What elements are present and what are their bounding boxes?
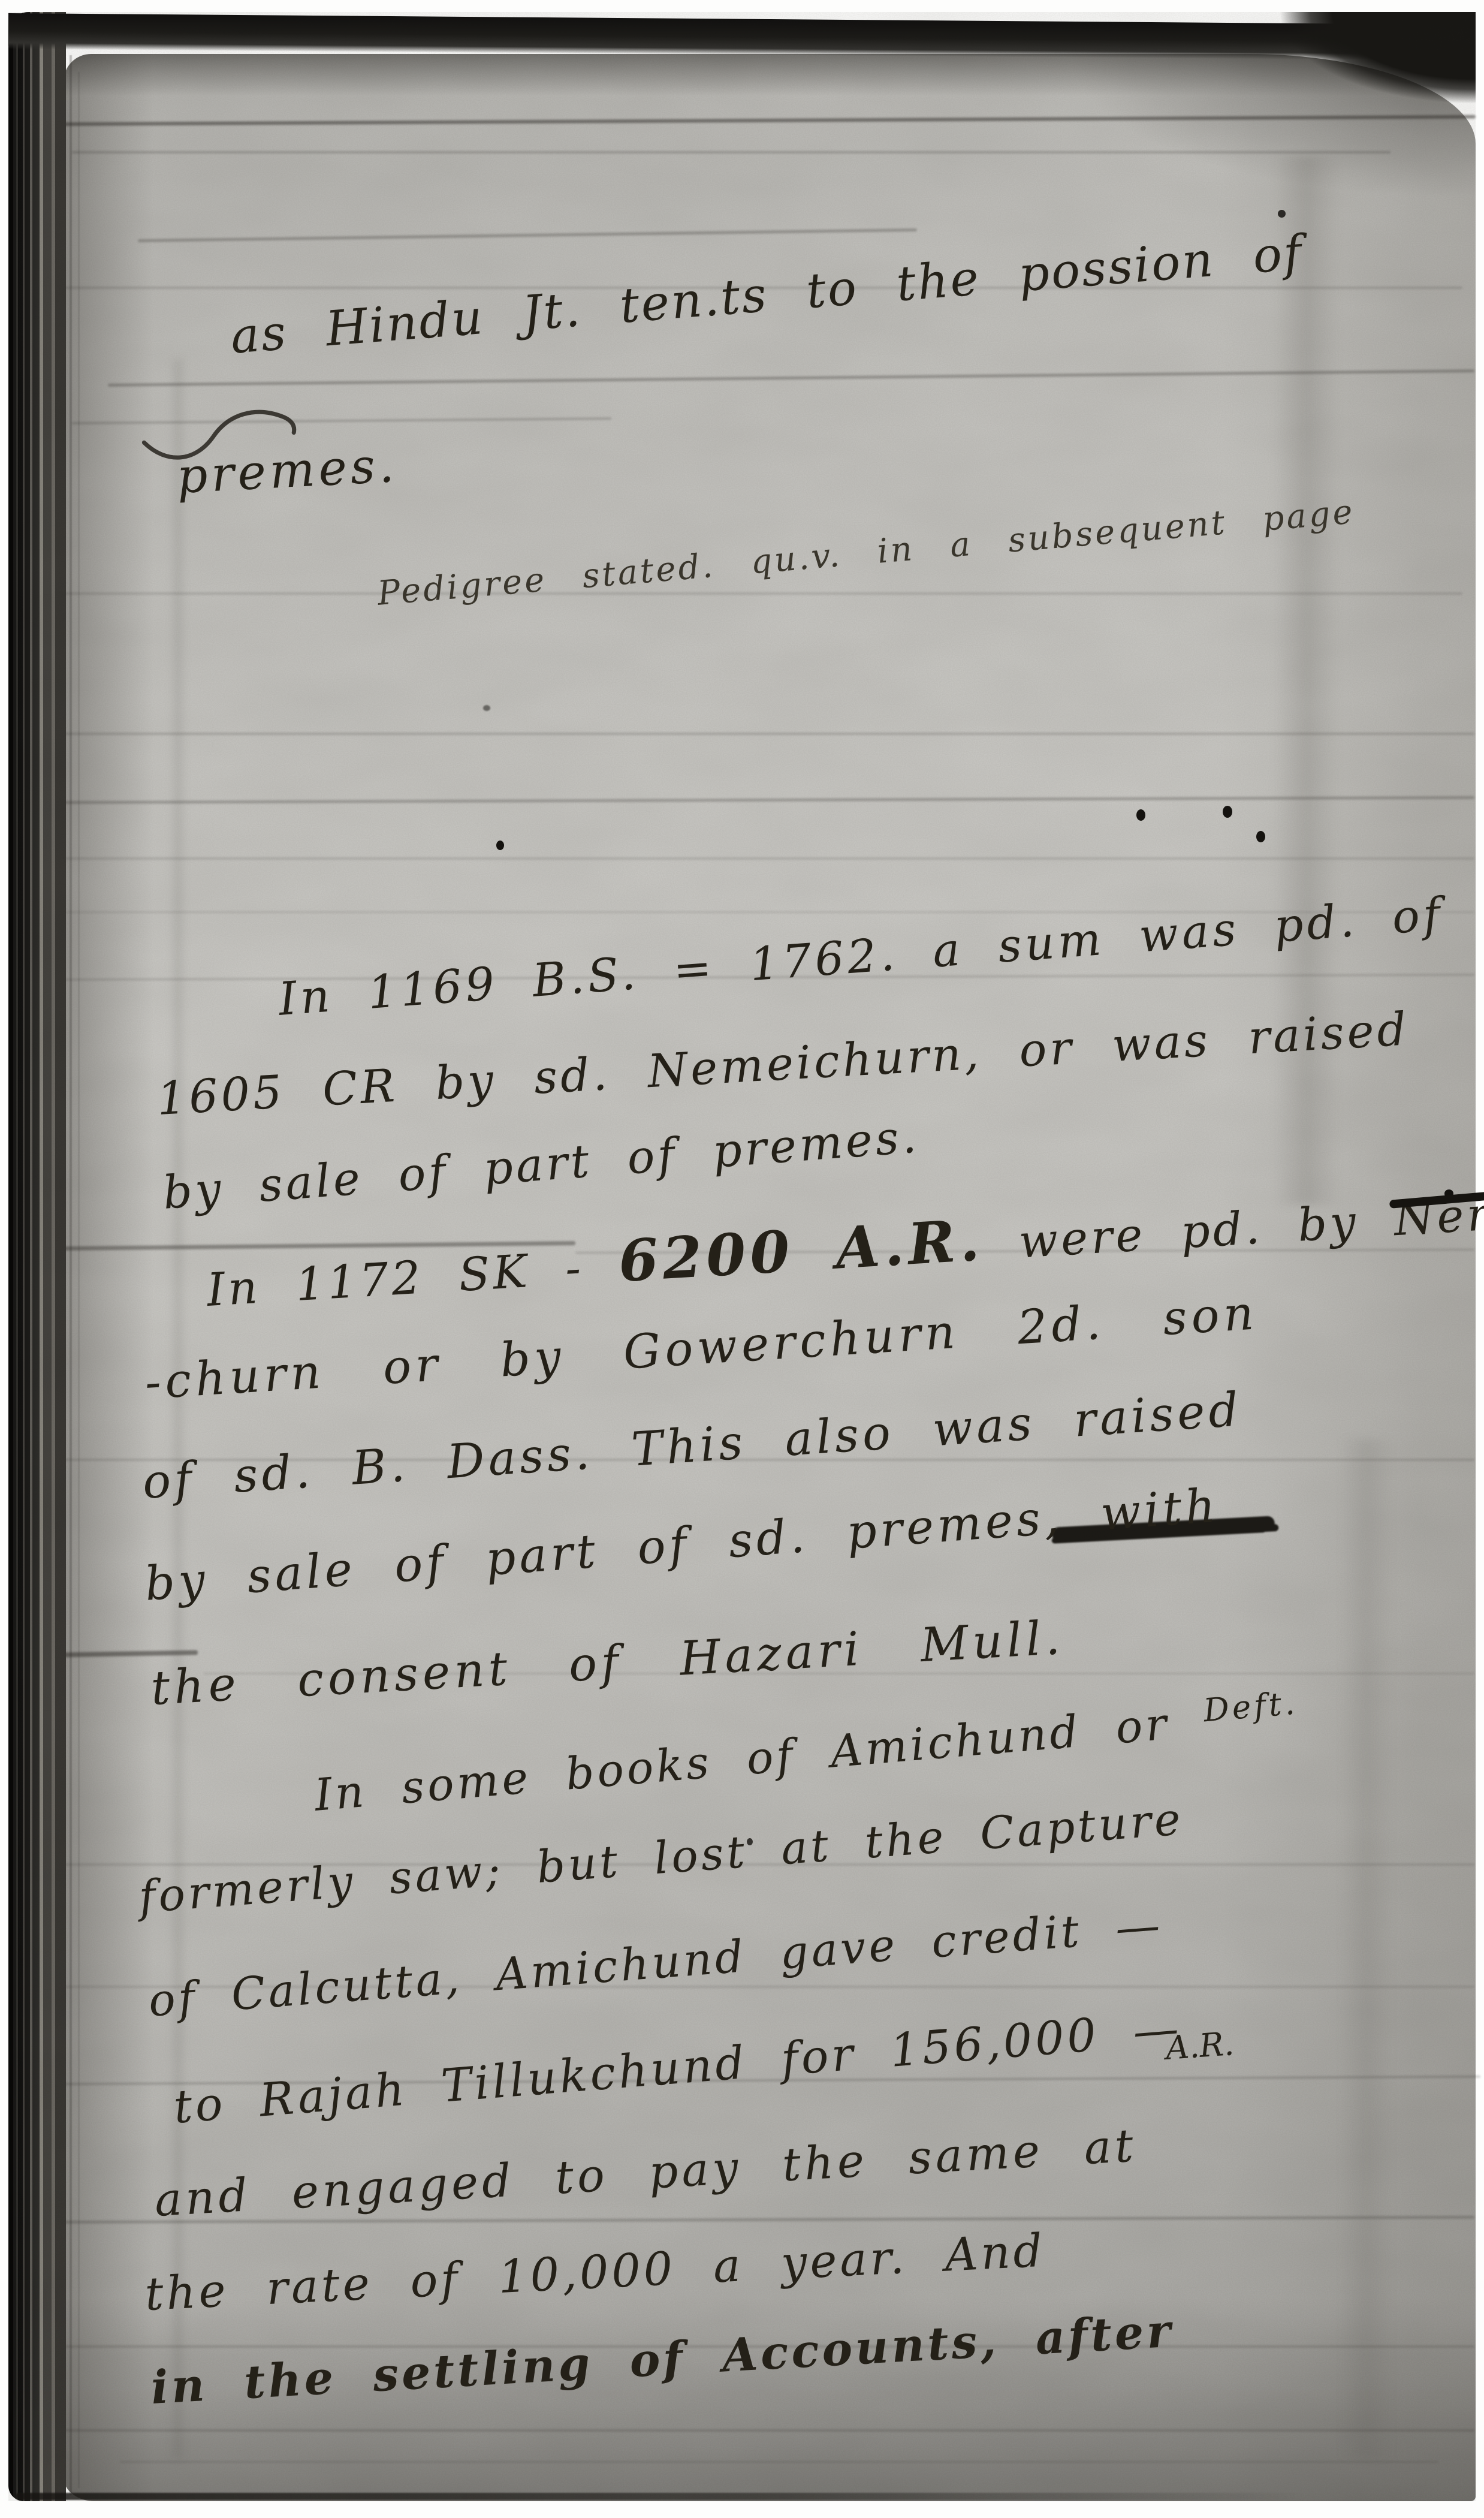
ink-speck	[1278, 210, 1286, 218]
handwriting-line-2: premes.	[176, 437, 399, 504]
page-bottom-edge	[16, 2493, 1304, 2500]
currency-superscript: A.R.	[1165, 2025, 1235, 2067]
page-edge-line	[78, 72, 80, 2488]
ruled-streak	[72, 151, 1391, 153]
vertical-crease	[1340, 1439, 1393, 2458]
page-scan: as Hindu Jt. ten.ts to the possion of pr…	[0, 0, 1484, 2518]
page-edge-line	[70, 55, 72, 2495]
ruled-streak	[36, 733, 1474, 735]
ruled-streak	[120, 2461, 1438, 2463]
struck-word: Nemee	[1392, 1182, 1484, 1246]
page-corner-shadow	[1200, 12, 1476, 141]
ruled-streak	[54, 592, 1462, 595]
ink-speck	[496, 841, 504, 850]
vertical-crease	[171, 360, 185, 2458]
ink-speck	[1136, 809, 1145, 821]
ink-speck	[1256, 831, 1265, 842]
ink-speck	[483, 705, 490, 711]
line12-superscript: Deft.	[1202, 1684, 1299, 1729]
ink-speck	[1223, 806, 1232, 818]
ruled-streak	[48, 857, 1474, 860]
book-gutter-edge	[8, 12, 66, 2501]
ruled-streak	[36, 2429, 1474, 2432]
